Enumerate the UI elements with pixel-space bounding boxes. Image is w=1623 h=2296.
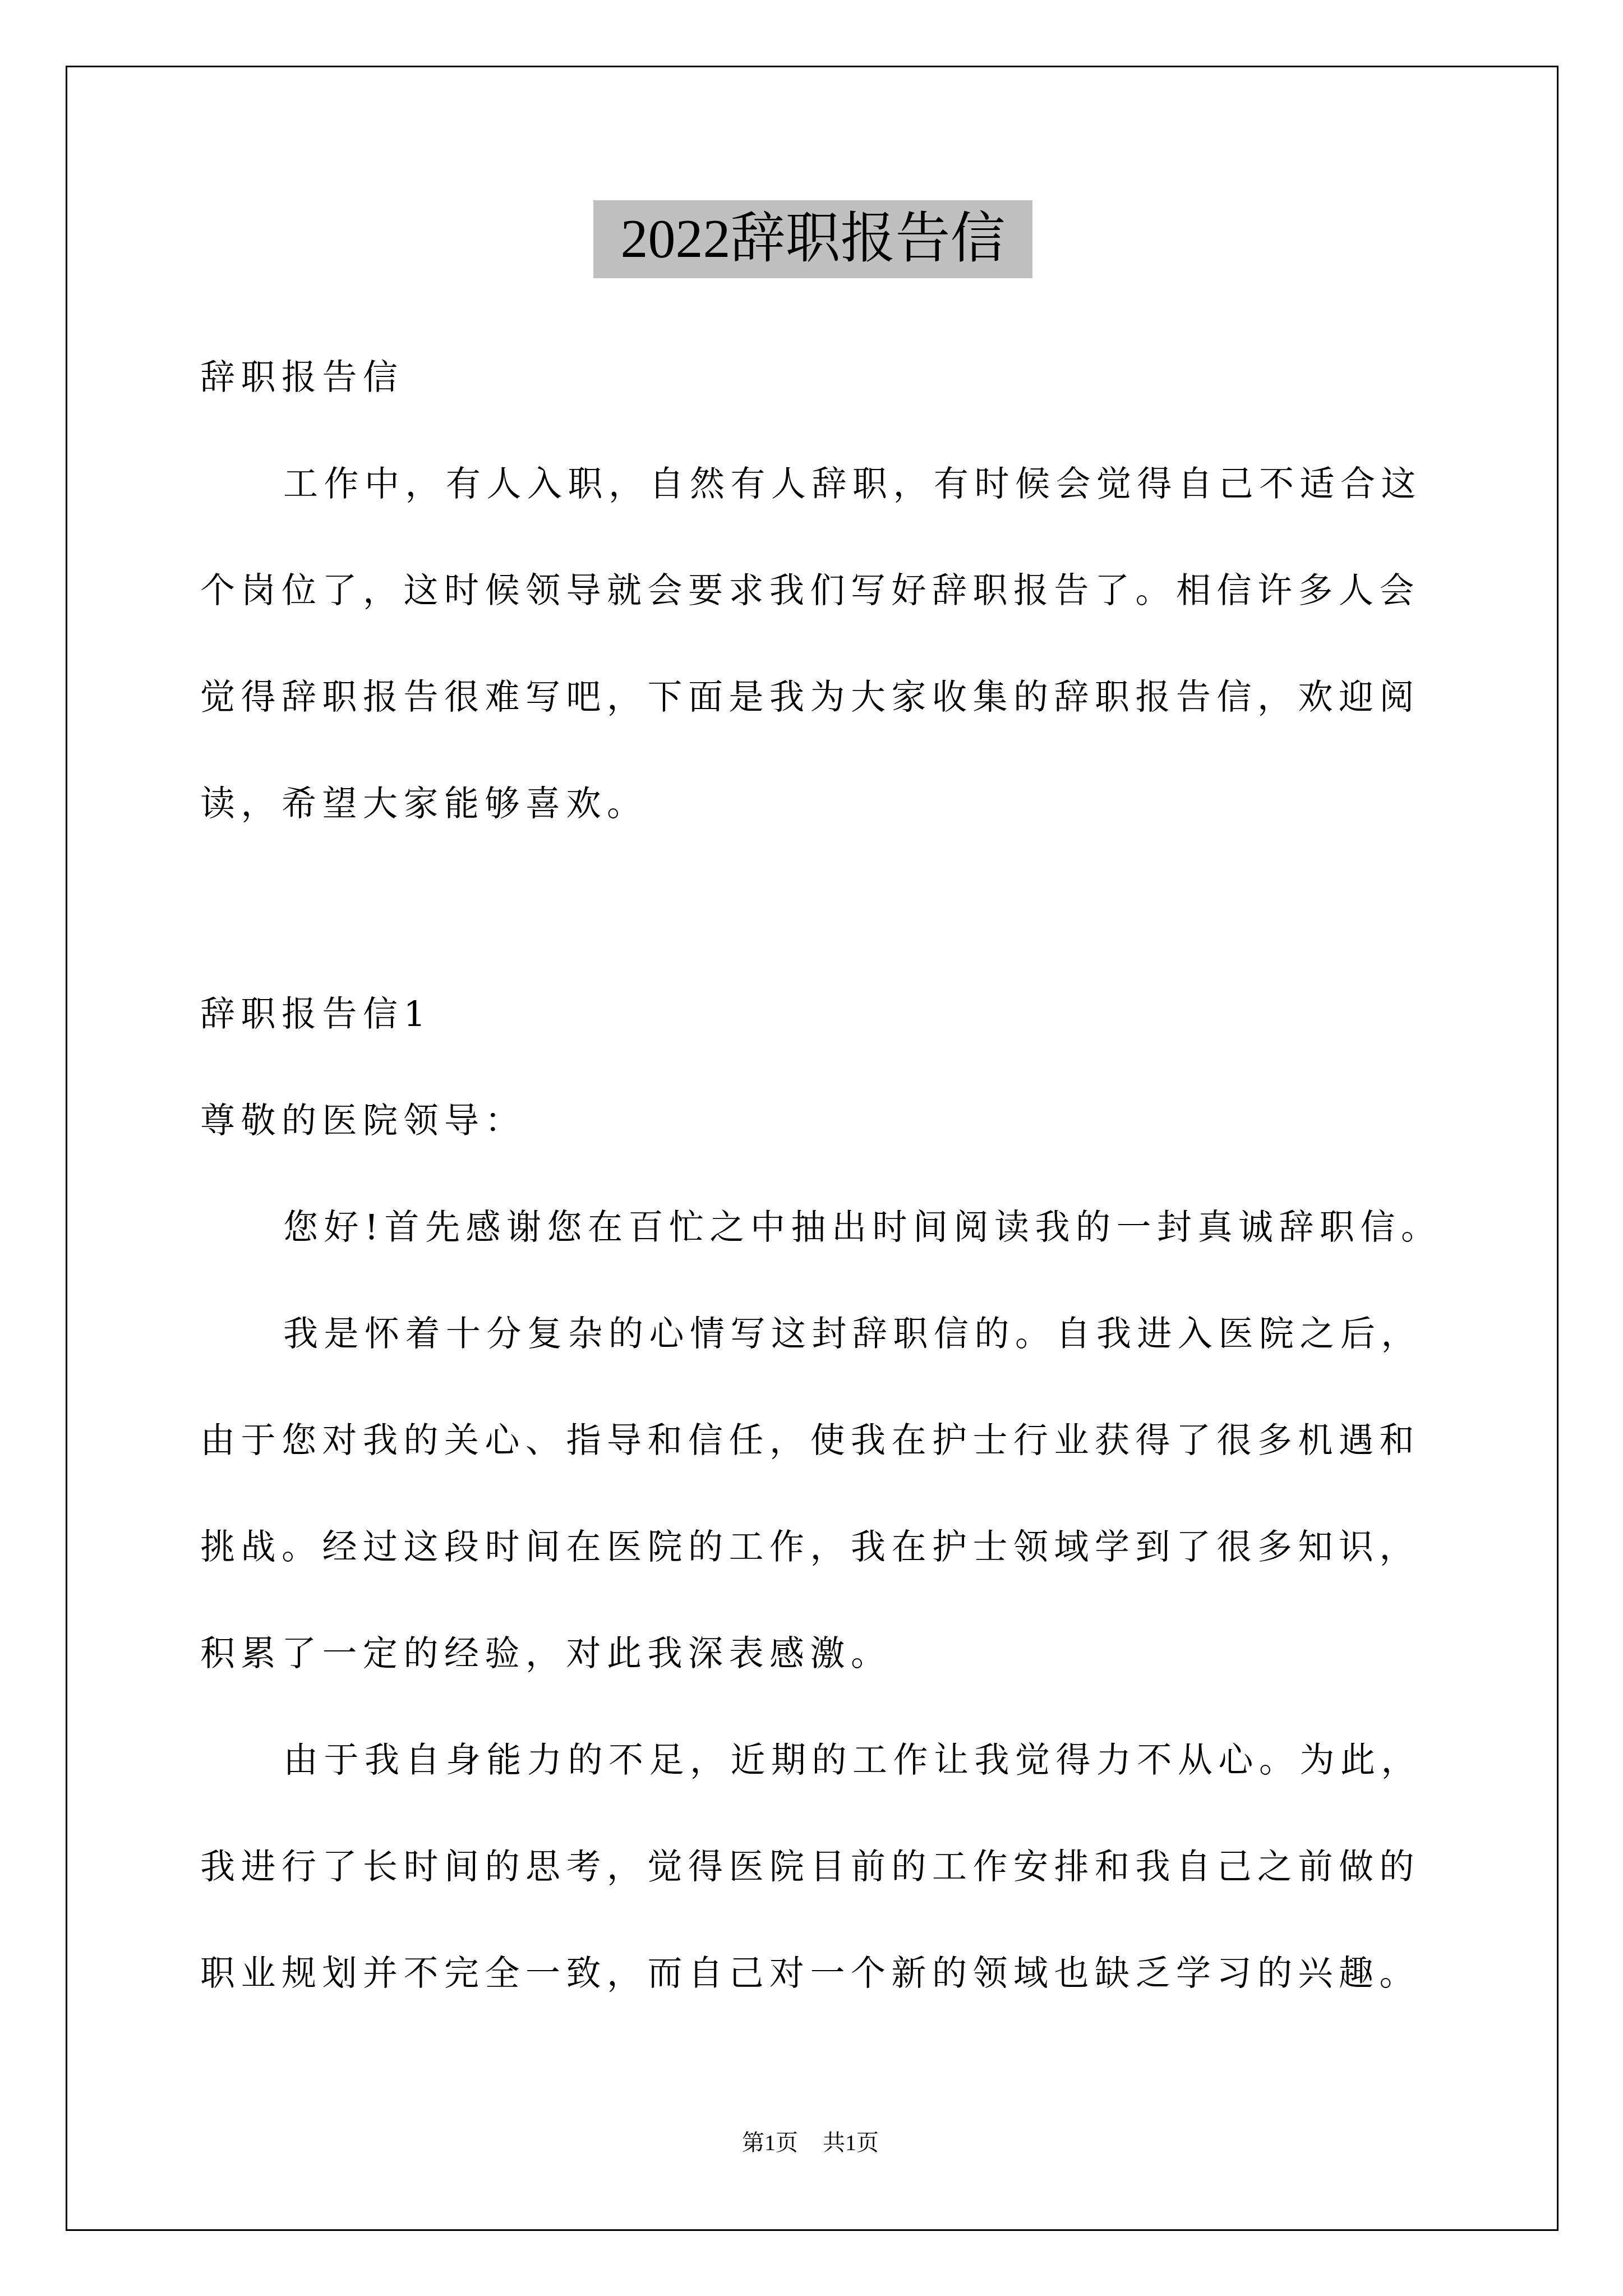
paragraph-line: 挑战。经过这段时间在医院的工作，我在护士领域学到了很多知识， (200, 1519, 1420, 1575)
paragraph-line: 由于我自身能力的不足，近期的工作让我觉得力不从心。为此， (283, 1732, 1422, 1788)
salutation-line: 尊敬的医院领导： (200, 1093, 525, 1149)
paragraph-line: 您好!首先感谢您在百忙之中抽出时间阅读我的一封真诚辞职信。 (283, 1199, 1441, 1255)
paragraph-line: 读，希望大家能够喜欢。 (200, 776, 648, 832)
page-number-total: 共1页 (823, 2129, 879, 2157)
paragraph-line: 积累了一定的经验，对此我深表感激。 (200, 1626, 892, 1682)
section-heading: 辞职报告信1 (200, 986, 431, 1042)
section-heading: 辞职报告信 (200, 349, 404, 406)
paragraph-line: 觉得辞职报告很难写吧，下面是我为大家收集的辞职报告信，欢迎阅 (200, 669, 1420, 725)
document-title: 2022辞职报告信 (593, 200, 1032, 278)
paragraph-line: 我是怀着十分复杂的心情写这封辞职信的。自我进入医院之后， (283, 1306, 1422, 1362)
paragraph-line: 工作中，有人入职，自然有人辞职，有时候会觉得自己不适合这 (283, 456, 1422, 512)
paragraph-line: 我进行了长时间的思考，觉得医院目前的工作安排和我自己之前做的 (200, 1839, 1420, 1895)
paragraph-line: 由于您对我的关心、指导和信任，使我在护士行业获得了很多机遇和 (200, 1412, 1420, 1469)
paragraph-line: 个岗位了，这时候领导就会要求我们写好辞职报告了。相信许多人会 (200, 563, 1420, 619)
paragraph-line: 职业规划并不完全一致，而自己对一个新的领域也缺乏学习的兴趣。 (200, 1945, 1420, 2001)
page-number-current: 第1页 (742, 2129, 798, 2157)
page-footer: 第1页共1页 (726, 2129, 895, 2157)
